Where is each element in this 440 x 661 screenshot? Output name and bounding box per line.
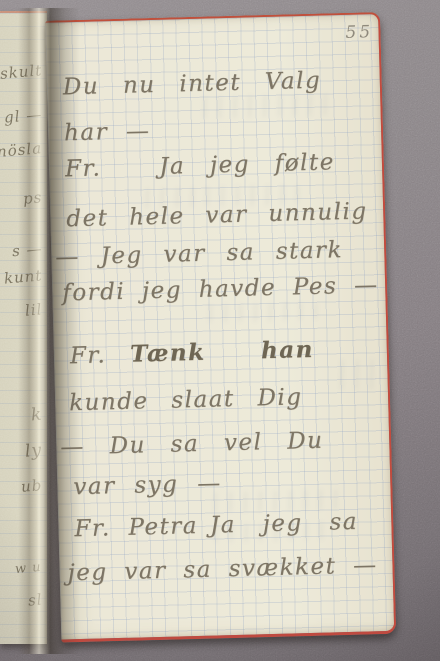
left-page-fragment: k bbox=[30, 405, 43, 426]
handwriting-line: har — bbox=[64, 118, 151, 146]
handwriting-line: — Du sa vel Du bbox=[60, 428, 324, 461]
handwriting-line: Fr. PetraJa jeg sa bbox=[74, 509, 358, 542]
handwriting-line: — Jeg var sa stark bbox=[55, 237, 343, 271]
handwriting-line: jeg var sa svækket — bbox=[67, 552, 378, 586]
line-text: var syg — bbox=[73, 470, 222, 500]
left-page-fragment: w u bbox=[15, 560, 43, 577]
handwriting-line: var syg — bbox=[73, 470, 222, 500]
line-text: Ja jeg følte bbox=[159, 149, 335, 180]
left-page-fragment: lil bbox=[24, 300, 43, 319]
left-page-fragment: ly bbox=[24, 440, 43, 461]
notebook-photo: skult gl — nösla ps s — kunt lil k ly ub… bbox=[0, 0, 440, 661]
handwriting-line: Du nu intet Valg bbox=[63, 68, 322, 101]
line-text: Tænk han bbox=[130, 336, 314, 368]
handwriting-line: kunde slaat Dig bbox=[69, 384, 303, 416]
left-page-fragment: skult bbox=[0, 61, 43, 83]
notebook-page: 55 Du nu intet Valg har — Fr.Ja jeg følt… bbox=[45, 12, 396, 643]
line-text: har — bbox=[64, 118, 151, 146]
line-text: Ja jeg sa bbox=[210, 509, 359, 539]
speaker-label: Fr. bbox=[70, 342, 107, 369]
handwriting-line: det hele var unnulig bbox=[66, 198, 368, 232]
facing-page-sliver: skult gl — nösla ps s — kunt lil k ly ub… bbox=[0, 11, 47, 644]
show-through-mark bbox=[197, 93, 333, 119]
line-text: — Jeg var sa stark bbox=[55, 237, 343, 271]
line-text: Du nu intet Valg bbox=[63, 68, 322, 101]
speaker-label: Fr. Petra bbox=[74, 513, 198, 542]
show-through-mark bbox=[334, 359, 380, 390]
left-page-fragment: s — bbox=[11, 240, 43, 261]
left-page-fragment: sl bbox=[27, 590, 43, 609]
line-text: — Du sa vel Du bbox=[60, 428, 324, 461]
left-page-fragment: ps bbox=[22, 188, 43, 208]
left-page-fragment: nösla bbox=[0, 139, 43, 161]
left-page-fragment: gl — bbox=[3, 105, 43, 126]
show-through-mark bbox=[203, 302, 318, 323]
line-text: jeg var sa svækket — bbox=[67, 552, 378, 586]
page-number: 55 bbox=[345, 22, 373, 43]
speaker-label: Fr. bbox=[65, 155, 102, 182]
left-page-fragment: ub bbox=[20, 476, 43, 496]
line-text: det hele var unnulig bbox=[66, 198, 368, 232]
left-page-fragment: kunt bbox=[3, 266, 43, 287]
handwriting-line: Fr.Tænk han bbox=[70, 336, 315, 369]
handwriting-line: Fr.Ja jeg følte bbox=[65, 149, 335, 182]
line-text: fordi jeg havde Pes — bbox=[62, 272, 379, 306]
line-text: kunde slaat Dig bbox=[69, 384, 303, 416]
handwriting-line: fordi jeg havde Pes — bbox=[62, 272, 379, 306]
